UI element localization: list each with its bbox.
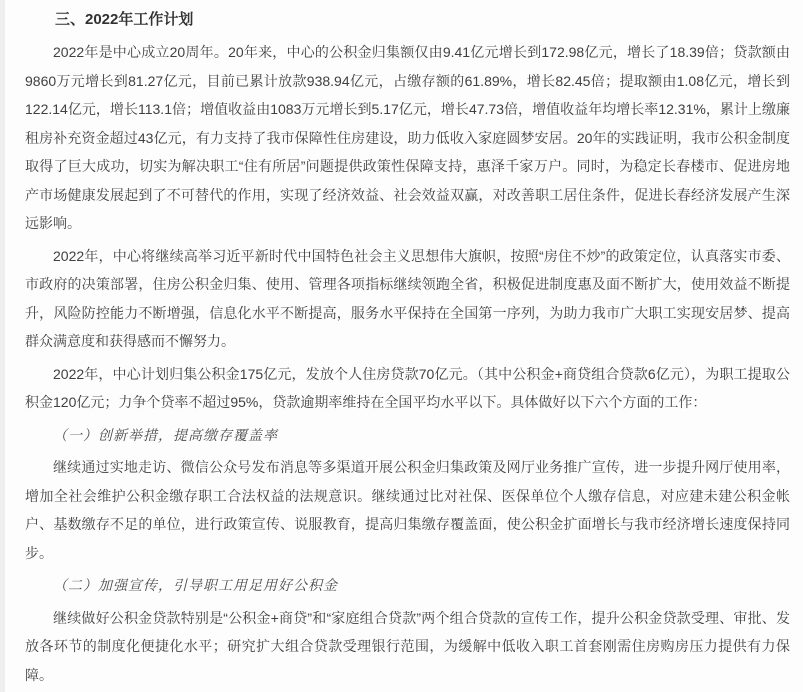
paragraph-2022-guiding-policy: 2022年，中心将继续高举习近平新时代中国特色社会主义思想伟大旗帜，按照“房住不… (25, 242, 790, 356)
subheading-item-1: （一）创新举措，提高缴存覆盖率 (25, 421, 790, 450)
document-page: 三、2022年工作计划 2022年是中心成立20周年。20年来，中心的公积金归集… (0, 0, 803, 692)
paragraph-item-2-measures: 继续做好公积金贷款特别是“公积金+商贷”和“家庭组合贷款”两个组合贷款的宣传工作… (25, 604, 790, 690)
paragraph-overview-20-years: 2022年是中心成立20周年。20年来，中心的公积金归集额仅由9.41亿元增长到… (25, 38, 790, 238)
section-title: 三、2022年工作计划 (25, 6, 790, 34)
paragraph-item-1-measures: 继续通过实地走访、微信公众号发布消息等多渠道开展公积金归集政策及网厅业务推广宣传… (25, 453, 790, 567)
page-left-edge (0, 0, 5, 692)
subheading-item-2: （二）加强宣传，引导职工用足用好公积金 (25, 571, 790, 600)
paragraph-2022-targets: 2022年，中心计划归集公积金175亿元，发放个人住房贷款70亿元。（其中公积金… (25, 360, 790, 417)
